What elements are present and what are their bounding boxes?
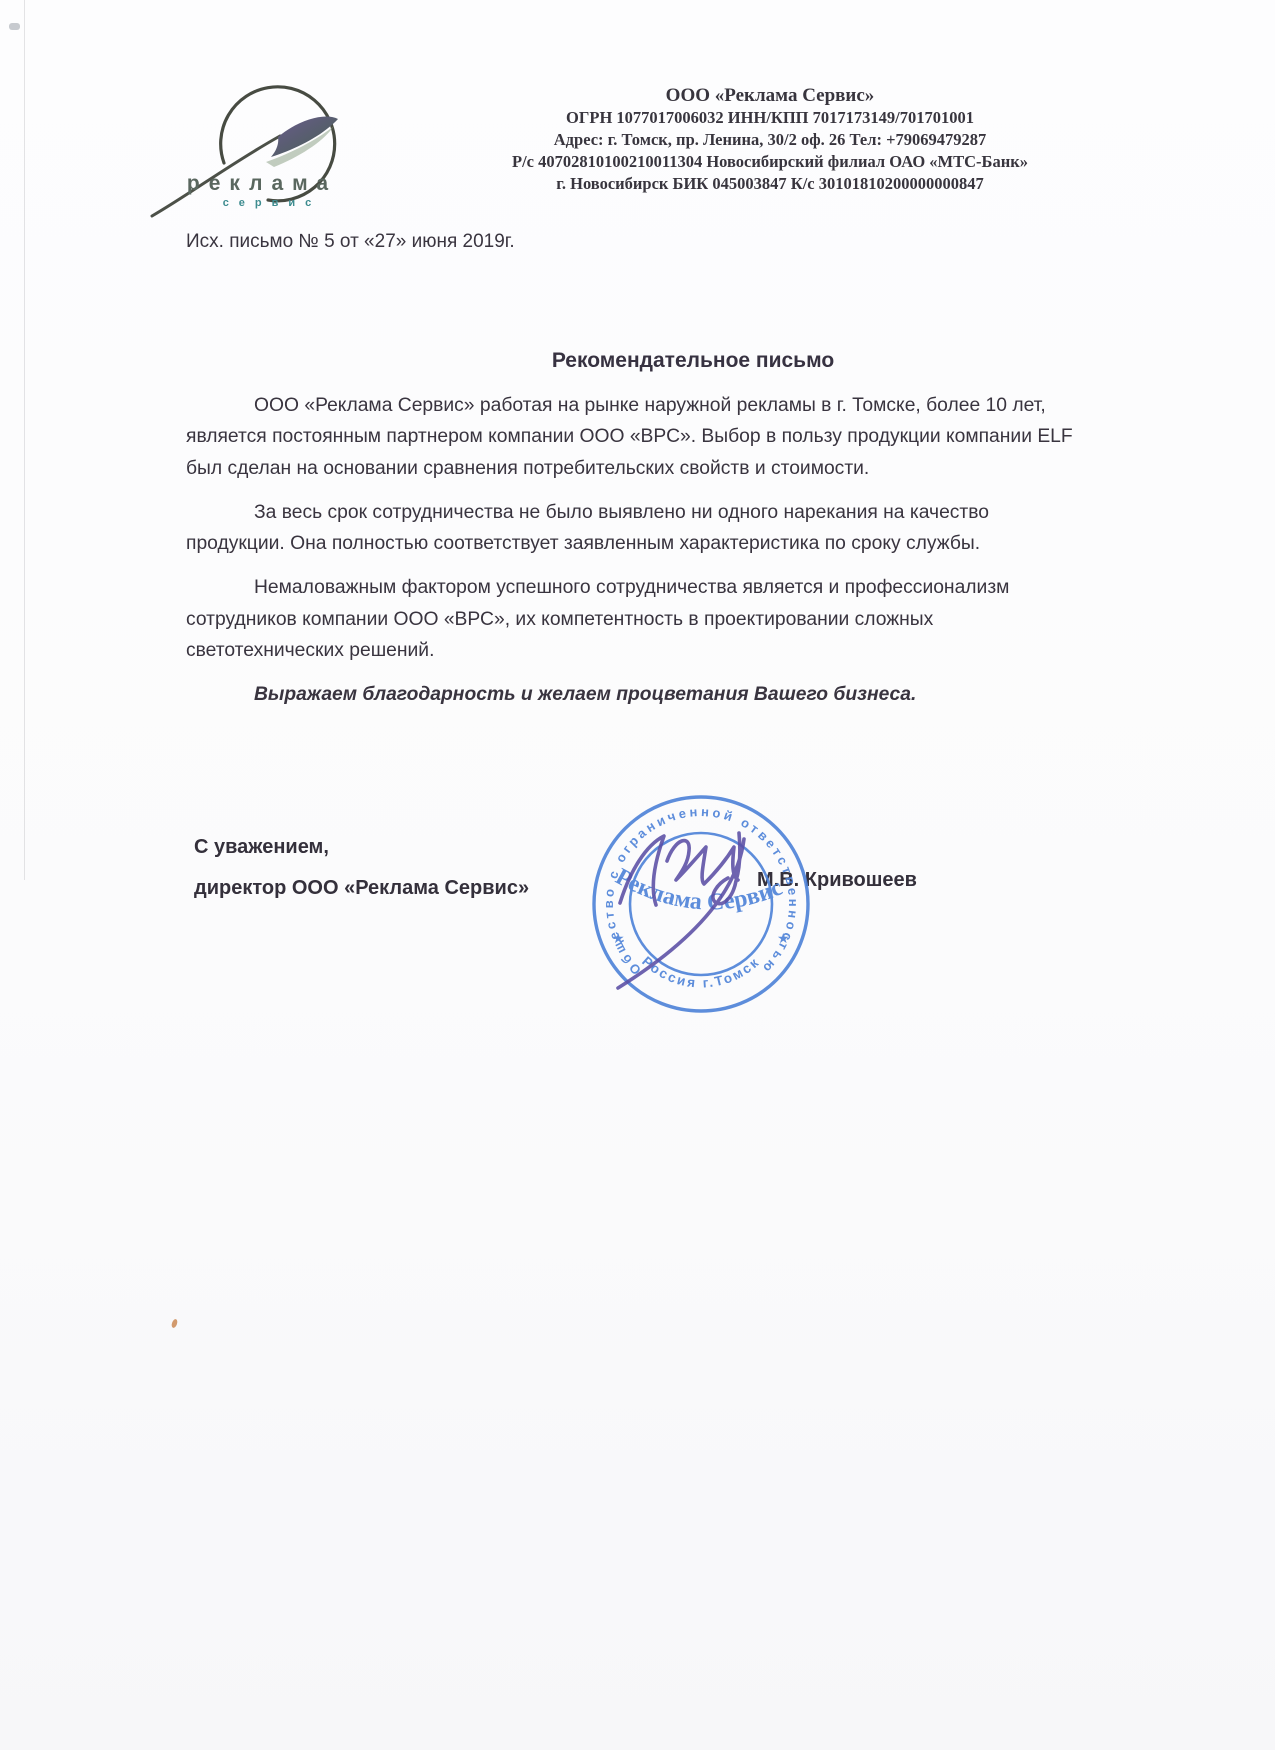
signer-name: М.В. Кривошеев <box>757 869 917 892</box>
stamp-ring-text-bottom: Россия г.Томск <box>639 954 763 991</box>
paragraph-3: Немаловажным фактором успешного сотрудни… <box>186 572 1092 666</box>
outgoing-reference-line: Исх. письмо № 5 от «27» июня 2019г. <box>186 231 515 253</box>
letter-title: Рекомендательное письмо <box>186 349 1200 373</box>
scan-speck-top-left <box>9 23 20 30</box>
stamp-center-text: «Реклама Сервис» <box>588 791 786 916</box>
letterhead: ООО «Реклама Сервис» ОГРН 1077017006032 … <box>430 85 1110 195</box>
scan-edge-line <box>24 0 25 880</box>
scan-speck-bottom-left <box>171 1318 179 1328</box>
company-logo: реклама сервис <box>150 76 372 226</box>
letterhead-address-phone: Адрес: г. Томск, пр. Ленина, 30/2 оф. 26… <box>430 129 1110 151</box>
logo-wordmark-sub: сервис <box>223 197 322 209</box>
paragraph-1: ООО «Реклама Сервис» работая на рынке на… <box>186 390 1092 484</box>
letterhead-bank-account: Р/с 40702810100210011304 Новосибирский ф… <box>430 151 1110 173</box>
company-round-stamp: Общество с ограниченной ответственностью… <box>588 791 814 1017</box>
signer-position-line: директор ООО «Реклама Сервис» <box>194 877 529 900</box>
paragraph-2: За весь срок сотрудничества не было выяв… <box>186 497 1092 560</box>
signature-stroke-humps <box>667 841 738 884</box>
signature-stroke-peak <box>620 836 664 905</box>
letter-body: ООО «Реклама Сервис» работая на рынке на… <box>186 390 1092 724</box>
letterhead-ogrn-inn: ОГРН 1077017006032 ИНН/КПП 7017173149/70… <box>430 107 1110 129</box>
letter-page: реклама сервис ООО «Реклама Сервис» ОГРН… <box>0 0 1275 1750</box>
letterhead-company-name: ООО «Реклама Сервис» <box>430 85 1110 107</box>
stamp-inner-ring <box>630 833 772 975</box>
stamp-star-icon-right: ★ <box>777 930 790 946</box>
stamp-outer-ring <box>594 797 808 1011</box>
logo-wordmark: реклама <box>187 172 337 195</box>
salutation-line: С уважением, <box>194 836 329 859</box>
signature-stroke-hook <box>713 833 740 904</box>
closing-emphasis-line: Выражаем благодарность и желаем процвета… <box>186 679 1092 710</box>
letterhead-bank-bik: г. Новосибирск БИК 045003847 К/с 3010181… <box>430 173 1110 195</box>
stamp-star-icon-left: ★ <box>612 930 625 946</box>
signature-stroke-tail <box>618 839 744 988</box>
